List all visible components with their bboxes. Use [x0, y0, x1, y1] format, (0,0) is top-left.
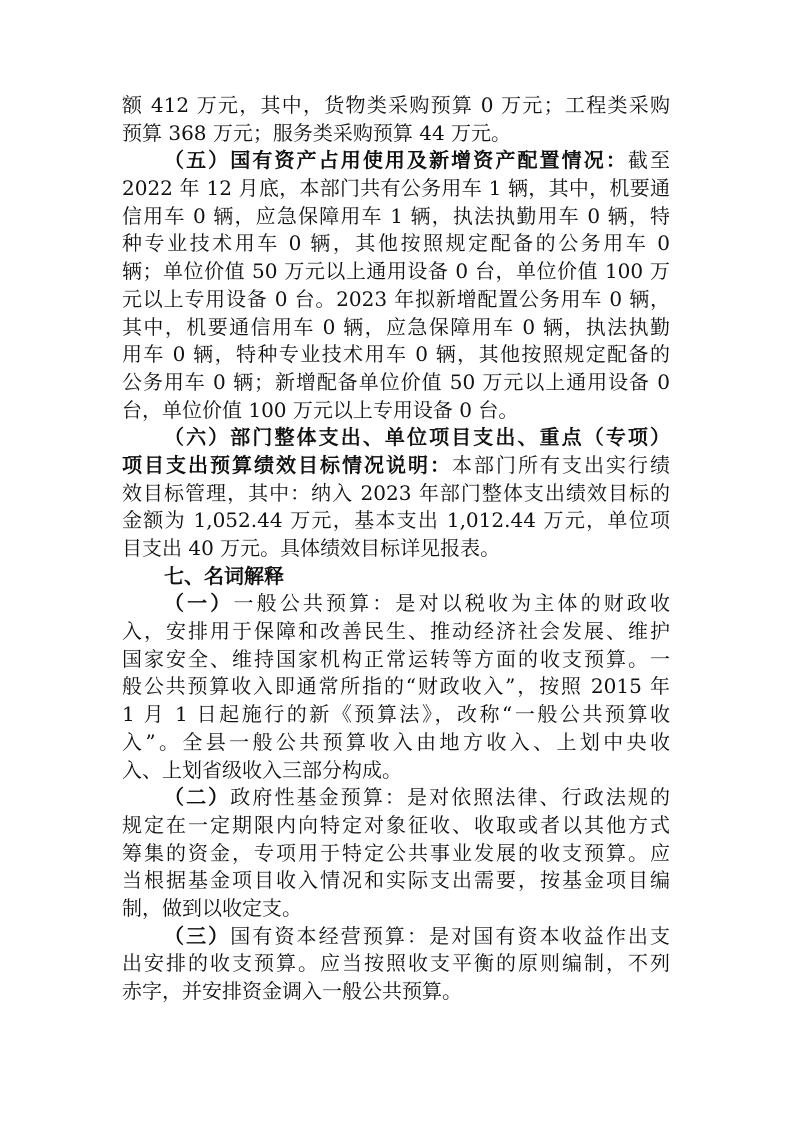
text-line: 种专业技术用车 0 辆，其他按照规定配备的公务用车 0: [122, 230, 670, 258]
text-line: 当根据基金项目收入情况和实际支出需要，按基金项目编: [122, 867, 670, 895]
text-line: 制，做到以收定支。: [122, 895, 670, 923]
text-line: 七、名词解释: [122, 563, 670, 591]
text-line: 1 月 1 日起施行的新《预算法》，改称“一般公共预算收: [122, 701, 670, 729]
text-line: 规定在一定期限内向特定对象征收、收取或者以其他方式: [122, 812, 670, 840]
body-text: 出安排的收支预算。应当按照收支平衡的原则编制，不列: [122, 951, 670, 975]
text-line: 项目支出预算绩效目标情况说明：本部门所有支出实行绩: [122, 452, 670, 480]
body-text: 信用车 0 辆，应急保障用车 1 辆，执法执勤用车 0 辆，特: [122, 204, 670, 228]
text-line: 赤字，并安排资金调入一般公共预算。: [122, 978, 670, 1006]
body-text: 2022 年 12 月底，本部门共有公务用车 1 辆，其中，机要通: [122, 176, 670, 200]
text-line: 信用车 0 辆，应急保障用车 1 辆，执法执勤用车 0 辆，特: [122, 203, 670, 231]
text-line: 出安排的收支预算。应当按照收支平衡的原则编制，不列: [122, 950, 670, 978]
body-text: 公务用车 0 辆；新增配备单位价值 50 万元以上通用设备 0: [122, 370, 670, 394]
text-line: 筹集的资金，专项用于特定公共事业发展的收支预算。应: [122, 840, 670, 868]
text-line: 2022 年 12 月底，本部门共有公务用车 1 辆，其中，机要通: [122, 175, 670, 203]
text-line: 入、上划省级收入三部分构成。: [122, 757, 670, 785]
text-line: 台，单位价值 100 万元以上专用设备 0 台。: [122, 397, 670, 425]
body-text: 其中，机要通信用车 0 辆，应急保障用车 0 辆，执法执勤: [122, 315, 670, 339]
body-text: 国家安全、维持国家机构正常运转等方面的收支预算。一: [122, 647, 670, 671]
body-text: 国有资本经营预算：是对国有资本收益作出支: [230, 924, 670, 948]
text-line: 效目标管理，其中：纳入 2023 年部门整体支出绩效目标的: [122, 480, 670, 508]
text-line: 目支出 40 万元。具体绩效目标详见报表。: [122, 535, 670, 563]
body-text: 额 412 万元，其中，货物类采购预算 0 万元；工程类采购: [122, 93, 670, 117]
body-text: 目支出 40 万元。具体绩效目标详见报表。: [122, 536, 500, 560]
document-body: 额 412 万元，其中，货物类采购预算 0 万元；工程类采购预算 368 万元；…: [122, 92, 670, 1006]
text-line: 元以上专用设备 0 台。2023 年拟新增配置公务用车 0 辆，: [122, 286, 670, 314]
body-text: 用车 0 辆，特种专业技术用车 0 辆，其他按照规定配备的: [122, 342, 670, 366]
text-line: 额 412 万元，其中，货物类采购预算 0 万元；工程类采购: [122, 92, 670, 120]
text-line: 金额为 1,052.44 万元，基本支出 1,012.44 万元，单位项: [122, 507, 670, 535]
body-text: 台，单位价值 100 万元以上专用设备 0 台。: [122, 398, 518, 422]
bold-heading-text: （六）部门整体支出、单位项目支出、重点（专项）: [164, 425, 670, 449]
text-line: 预算 368 万元；服务类采购预算 44 万元。: [122, 120, 670, 148]
text-line: 其中，机要通信用车 0 辆，应急保障用车 0 辆，执法执勤: [122, 314, 670, 342]
body-text: 入”。全县一般公共预算收入由地方收入、上划中央收: [122, 730, 670, 754]
text-line: 辆；单位价值 50 万元以上通用设备 0 台，单位价值 100 万: [122, 258, 670, 286]
body-text: 本部门所有支出实行绩: [452, 453, 670, 477]
text-line: （三）国有资本经营预算：是对国有资本收益作出支: [122, 923, 670, 951]
text-line: （一）一般公共预算：是对以税收为主体的财政收: [122, 590, 670, 618]
body-text: 元以上专用设备 0 台。2023 年拟新增配置公务用车 0 辆，: [122, 287, 670, 311]
body-text: 筹集的资金，专项用于特定公共事业发展的收支预算。应: [122, 841, 670, 865]
text-line: 用车 0 辆，特种专业技术用车 0 辆，其他按照规定配备的: [122, 341, 670, 369]
text-line: 般公共预算收入即通常所指的“财政收入”，按照 2015 年: [122, 673, 670, 701]
body-text: 种专业技术用车 0 辆，其他按照规定配备的公务用车 0: [122, 231, 670, 255]
text-line: 入，安排用于保障和改善民生、推动经济社会发展、维护: [122, 618, 670, 646]
body-text: 般公共预算收入即通常所指的“财政收入”，按照 2015 年: [122, 674, 670, 698]
bold-heading-text: （五）国有资产占用使用及新增资产配置情况：: [164, 148, 628, 172]
text-line: （六）部门整体支出、单位项目支出、重点（专项）: [122, 424, 670, 452]
text-line: 国家安全、维持国家机构正常运转等方面的收支预算。一: [122, 646, 670, 674]
bold-heading-text: 项目支出预算绩效目标情况说明：: [122, 453, 452, 477]
body-text: 金额为 1,052.44 万元，基本支出 1,012.44 万元，单位项: [122, 508, 670, 532]
body-text: 预算 368 万元；服务类采购预算 44 万元。: [122, 121, 511, 145]
body-text: 辆；单位价值 50 万元以上通用设备 0 台，单位价值 100 万: [122, 259, 670, 283]
text-line: （五）国有资产占用使用及新增资产配置情况：截至: [122, 147, 670, 175]
text-line: （二）政府性基金预算：是对依照法律、行政法规的: [122, 784, 670, 812]
bold-heading-text: 七、名词解释: [164, 564, 284, 588]
body-text: 入、上划省级收入三部分构成。: [122, 758, 402, 782]
body-text: 入，安排用于保障和改善民生、推动经济社会发展、维护: [122, 619, 670, 643]
body-text: 效目标管理，其中：纳入 2023 年部门整体支出绩效目标的: [122, 481, 670, 505]
text-line: 公务用车 0 辆；新增配备单位价值 50 万元以上通用设备 0: [122, 369, 670, 397]
body-text: 1 月 1 日起施行的新《预算法》，改称“一般公共预算收: [122, 702, 670, 726]
body-text: 制，做到以收定支。: [122, 896, 302, 920]
document-page: 额 412 万元，其中，货物类采购预算 0 万元；工程类采购预算 368 万元；…: [0, 0, 793, 1122]
bold-heading-text: （一）: [164, 591, 233, 615]
body-text: 赤字，并安排资金调入一般公共预算。: [122, 979, 462, 1003]
body-text: 截至: [628, 148, 670, 172]
bold-heading-text: （二）: [164, 785, 230, 809]
text-line: 入”。全县一般公共预算收入由地方收入、上划中央收: [122, 729, 670, 757]
bold-heading-text: （三）: [164, 924, 230, 948]
body-text: 政府性基金预算：是对依照法律、行政法规的: [230, 785, 670, 809]
body-text: 当根据基金项目收入情况和实际支出需要，按基金项目编: [122, 868, 670, 892]
body-text: 规定在一定期限内向特定对象征收、收取或者以其他方式: [122, 813, 670, 837]
body-text: 一般公共预算：是对以税收为主体的财政收: [233, 591, 670, 615]
